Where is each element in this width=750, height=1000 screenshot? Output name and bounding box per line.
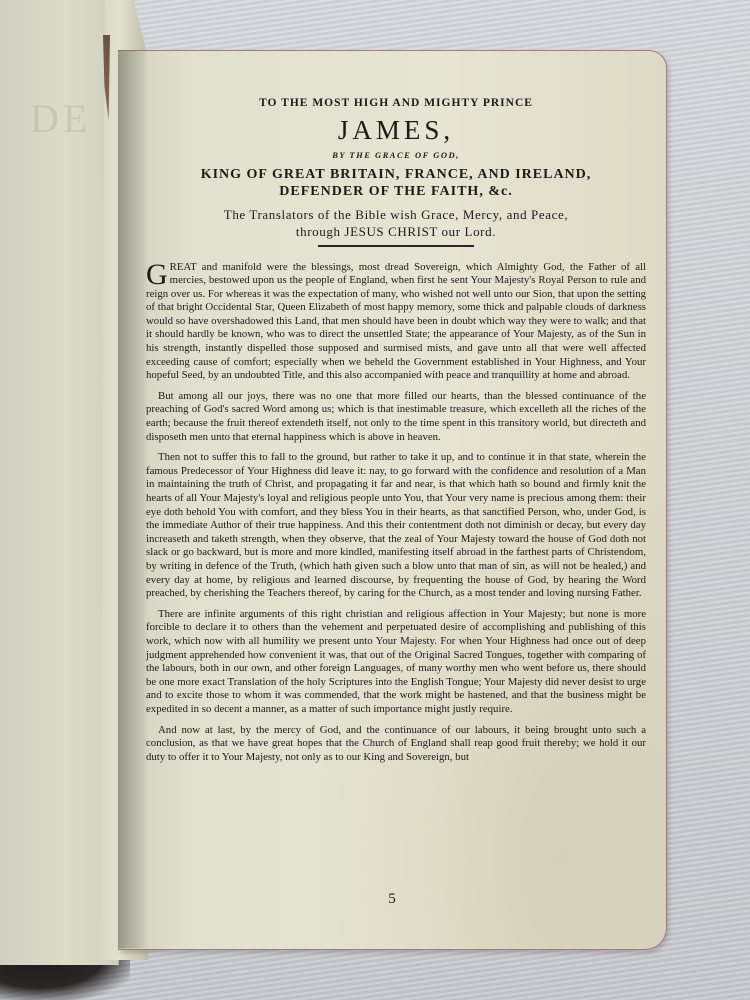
paragraph-text: REAT and manifold were the blessings, mo… <box>146 261 646 382</box>
translators-greeting-1: The Translators of the Bible wish Grace,… <box>146 206 646 223</box>
dedication-heading: TO THE MOST HIGH AND MIGHTY PRINCE <box>146 97 646 109</box>
bleed-through-text: DE <box>30 95 91 142</box>
page-number: 5 <box>118 891 666 908</box>
divider-rule <box>318 245 474 247</box>
paragraph-4: There are infinite arguments of this rig… <box>146 608 646 717</box>
translators-greeting-2: through JESUS CHRIST our Lord. <box>146 223 646 240</box>
royal-title: KING OF GREAT BRITAIN, FRANCE, AND IRELA… <box>146 166 646 183</box>
grace-line: BY THE GRACE OF GOD, <box>146 150 646 160</box>
defender-title: DEFENDER OF THE FAITH, &c. <box>146 183 646 200</box>
paragraph-5: And now at last, by the mercy of God, an… <box>146 724 646 765</box>
page-content: TO THE MOST HIGH AND MIGHTY PRINCE JAMES… <box>146 97 646 771</box>
drop-cap: G <box>146 263 168 287</box>
paragraph-2: But among all our joys, there was no one… <box>146 390 646 444</box>
paragraph-3: Then not to suffer this to fall to the g… <box>146 451 646 601</box>
dedication-page: TO THE MOST HIGH AND MIGHTY PRINCE JAMES… <box>118 50 667 950</box>
paragraph-1: GREAT and manifold were the blessings, m… <box>146 261 646 383</box>
body-text: GREAT and manifold were the blessings, m… <box>146 261 646 765</box>
king-name: JAMES, <box>146 115 646 146</box>
